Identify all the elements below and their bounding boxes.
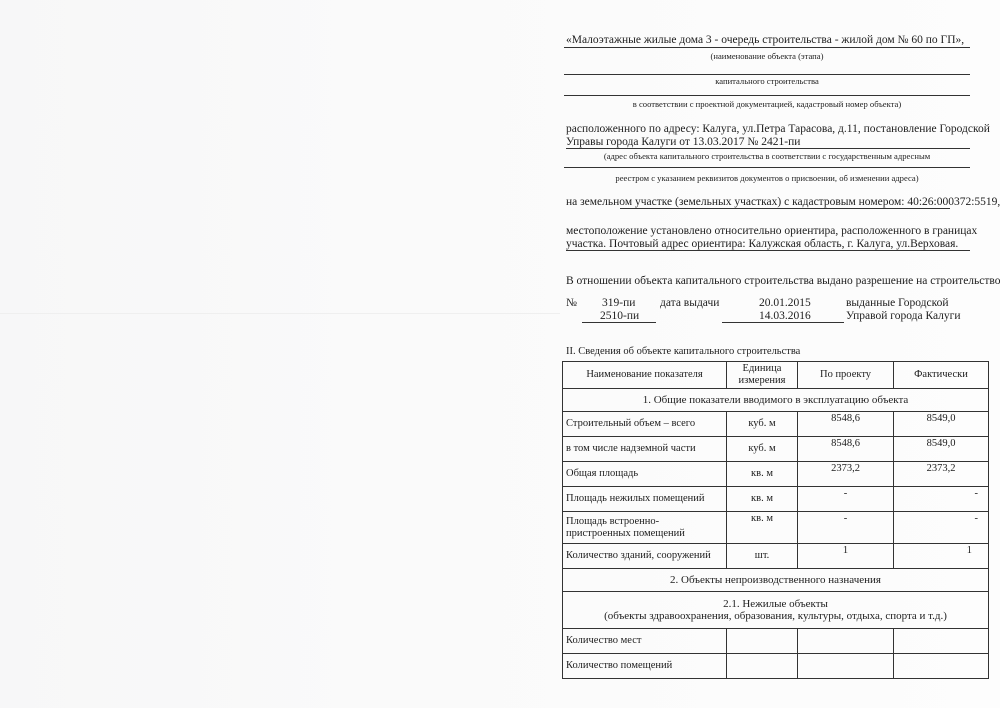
table-row: Количество помещений: [563, 654, 989, 679]
table-row: Количество зданий, сооружений шт. 1 1: [563, 544, 989, 569]
group-2-1-subtitle: (объекты здравоохранения, образования, к…: [566, 610, 985, 622]
row-actual: 8549,0: [894, 437, 989, 462]
row-unit: кв. м: [727, 462, 798, 487]
underline: [566, 148, 970, 149]
row-unit: кв. м: [727, 512, 798, 544]
row-actual: [894, 654, 989, 679]
underline: [564, 167, 970, 168]
underline: [564, 74, 970, 75]
address-caption-2: реестром с указанием реквизитов документ…: [564, 173, 970, 183]
caption-project-docs: в соответствии с проектной документацией…: [564, 99, 970, 109]
permit-date-label: дата выдачи: [660, 297, 719, 310]
permit-no-label: №: [566, 297, 577, 310]
underline: [620, 208, 950, 209]
row-project: 8548,6: [798, 437, 894, 462]
row-unit: куб. м: [727, 412, 798, 437]
header-actual: Фактически: [894, 362, 989, 389]
address-line-1: расположенного по адресу: Калуга, ул.Пет…: [566, 123, 970, 136]
row-unit: куб. м: [727, 437, 798, 462]
group-row: 1. Общие показатели вводимого в эксплуат…: [563, 389, 989, 412]
section-title: II. Сведения об объекте капитального стр…: [566, 346, 800, 357]
row-actual: -: [894, 512, 989, 544]
underline: [566, 250, 970, 251]
group-2-title: 2. Объекты непроизводственного назначени…: [563, 569, 989, 592]
row-name: Количество зданий, сооружений: [563, 544, 727, 569]
underline: [722, 322, 844, 323]
row-project: [798, 654, 894, 679]
caption-capital: капитального строительства: [564, 76, 970, 86]
row-unit: [727, 629, 798, 654]
row-project: 8548,6: [798, 412, 894, 437]
subgroup-row: 2.1. Нежилые объекты (объекты здравоохра…: [563, 592, 989, 629]
underline: [564, 95, 970, 96]
permit-issuer-2: Управой города Калуги: [846, 310, 961, 323]
table-row: Общая площадь кв. м 2373,2 2373,2: [563, 462, 989, 487]
row-project: -: [798, 487, 894, 512]
table-row: Количество мест: [563, 629, 989, 654]
row-actual: 1: [894, 544, 989, 569]
row-project: -: [798, 512, 894, 544]
row-name: Площадь встроенно-пристроенных помещений: [563, 512, 727, 544]
row-name: Строительный объем – всего: [563, 412, 727, 437]
table-row: Площадь нежилых помещений кв. м - -: [563, 487, 989, 512]
row-unit: [727, 654, 798, 679]
header-project: По проекту: [798, 362, 894, 389]
header-indicator: Наименование показателя: [563, 362, 727, 389]
permit-date-1: 20.01.2015: [759, 297, 811, 310]
row-project: 1: [798, 544, 894, 569]
row-name: Площадь нежилых помещений: [563, 487, 727, 512]
permit-issuer-1: выданные Городской: [846, 297, 949, 310]
group-2-1-title: 2.1. Нежилые объекты: [566, 598, 985, 610]
row-actual: -: [894, 487, 989, 512]
row-project: [798, 629, 894, 654]
row-actual: [894, 629, 989, 654]
object-name: «Малоэтажные жилые дома 3 - очередь стро…: [566, 34, 964, 47]
address-caption-1: (адрес объекта капитального строительств…: [564, 151, 970, 161]
header-unit: Единица измерения: [727, 362, 798, 389]
location-line-1: местоположение установлено относительно …: [566, 225, 970, 238]
row-name: Количество помещений: [563, 654, 727, 679]
permit-number-1: 319-пи: [602, 297, 635, 310]
table-row: в том числе надземной части куб. м 8548,…: [563, 437, 989, 462]
underline: [564, 47, 970, 48]
row-name: в том числе надземной части: [563, 437, 727, 462]
permit-intro: В отношении объекта капитального строите…: [566, 275, 970, 288]
row-actual: 2373,2: [894, 462, 989, 487]
row-name: Количество мест: [563, 629, 727, 654]
group-1-title: 1. Общие показатели вводимого в эксплуат…: [563, 389, 989, 412]
row-unit: шт.: [727, 544, 798, 569]
row-actual: 8549,0: [894, 412, 989, 437]
table-header-row: Наименование показателя Единица измерени…: [563, 362, 989, 389]
scanned-page: «Малоэтажные жилые дома 3 - очередь стро…: [0, 0, 1000, 708]
group-2-1-cell: 2.1. Нежилые объекты (объекты здравоохра…: [563, 592, 989, 629]
page-fold-line: [0, 313, 560, 314]
row-unit: кв. м: [727, 487, 798, 512]
row-name: Общая площадь: [563, 462, 727, 487]
table-row: Строительный объем – всего куб. м 8548,6…: [563, 412, 989, 437]
group-row: 2. Объекты непроизводственного назначени…: [563, 569, 989, 592]
object-info-table: Наименование показателя Единица измерени…: [562, 361, 989, 679]
row-project: 2373,2: [798, 462, 894, 487]
underline: [582, 322, 656, 323]
object-name-caption: (наименование объекта (этапа): [564, 51, 970, 61]
table-row: Площадь встроенно-пристроенных помещений…: [563, 512, 989, 544]
